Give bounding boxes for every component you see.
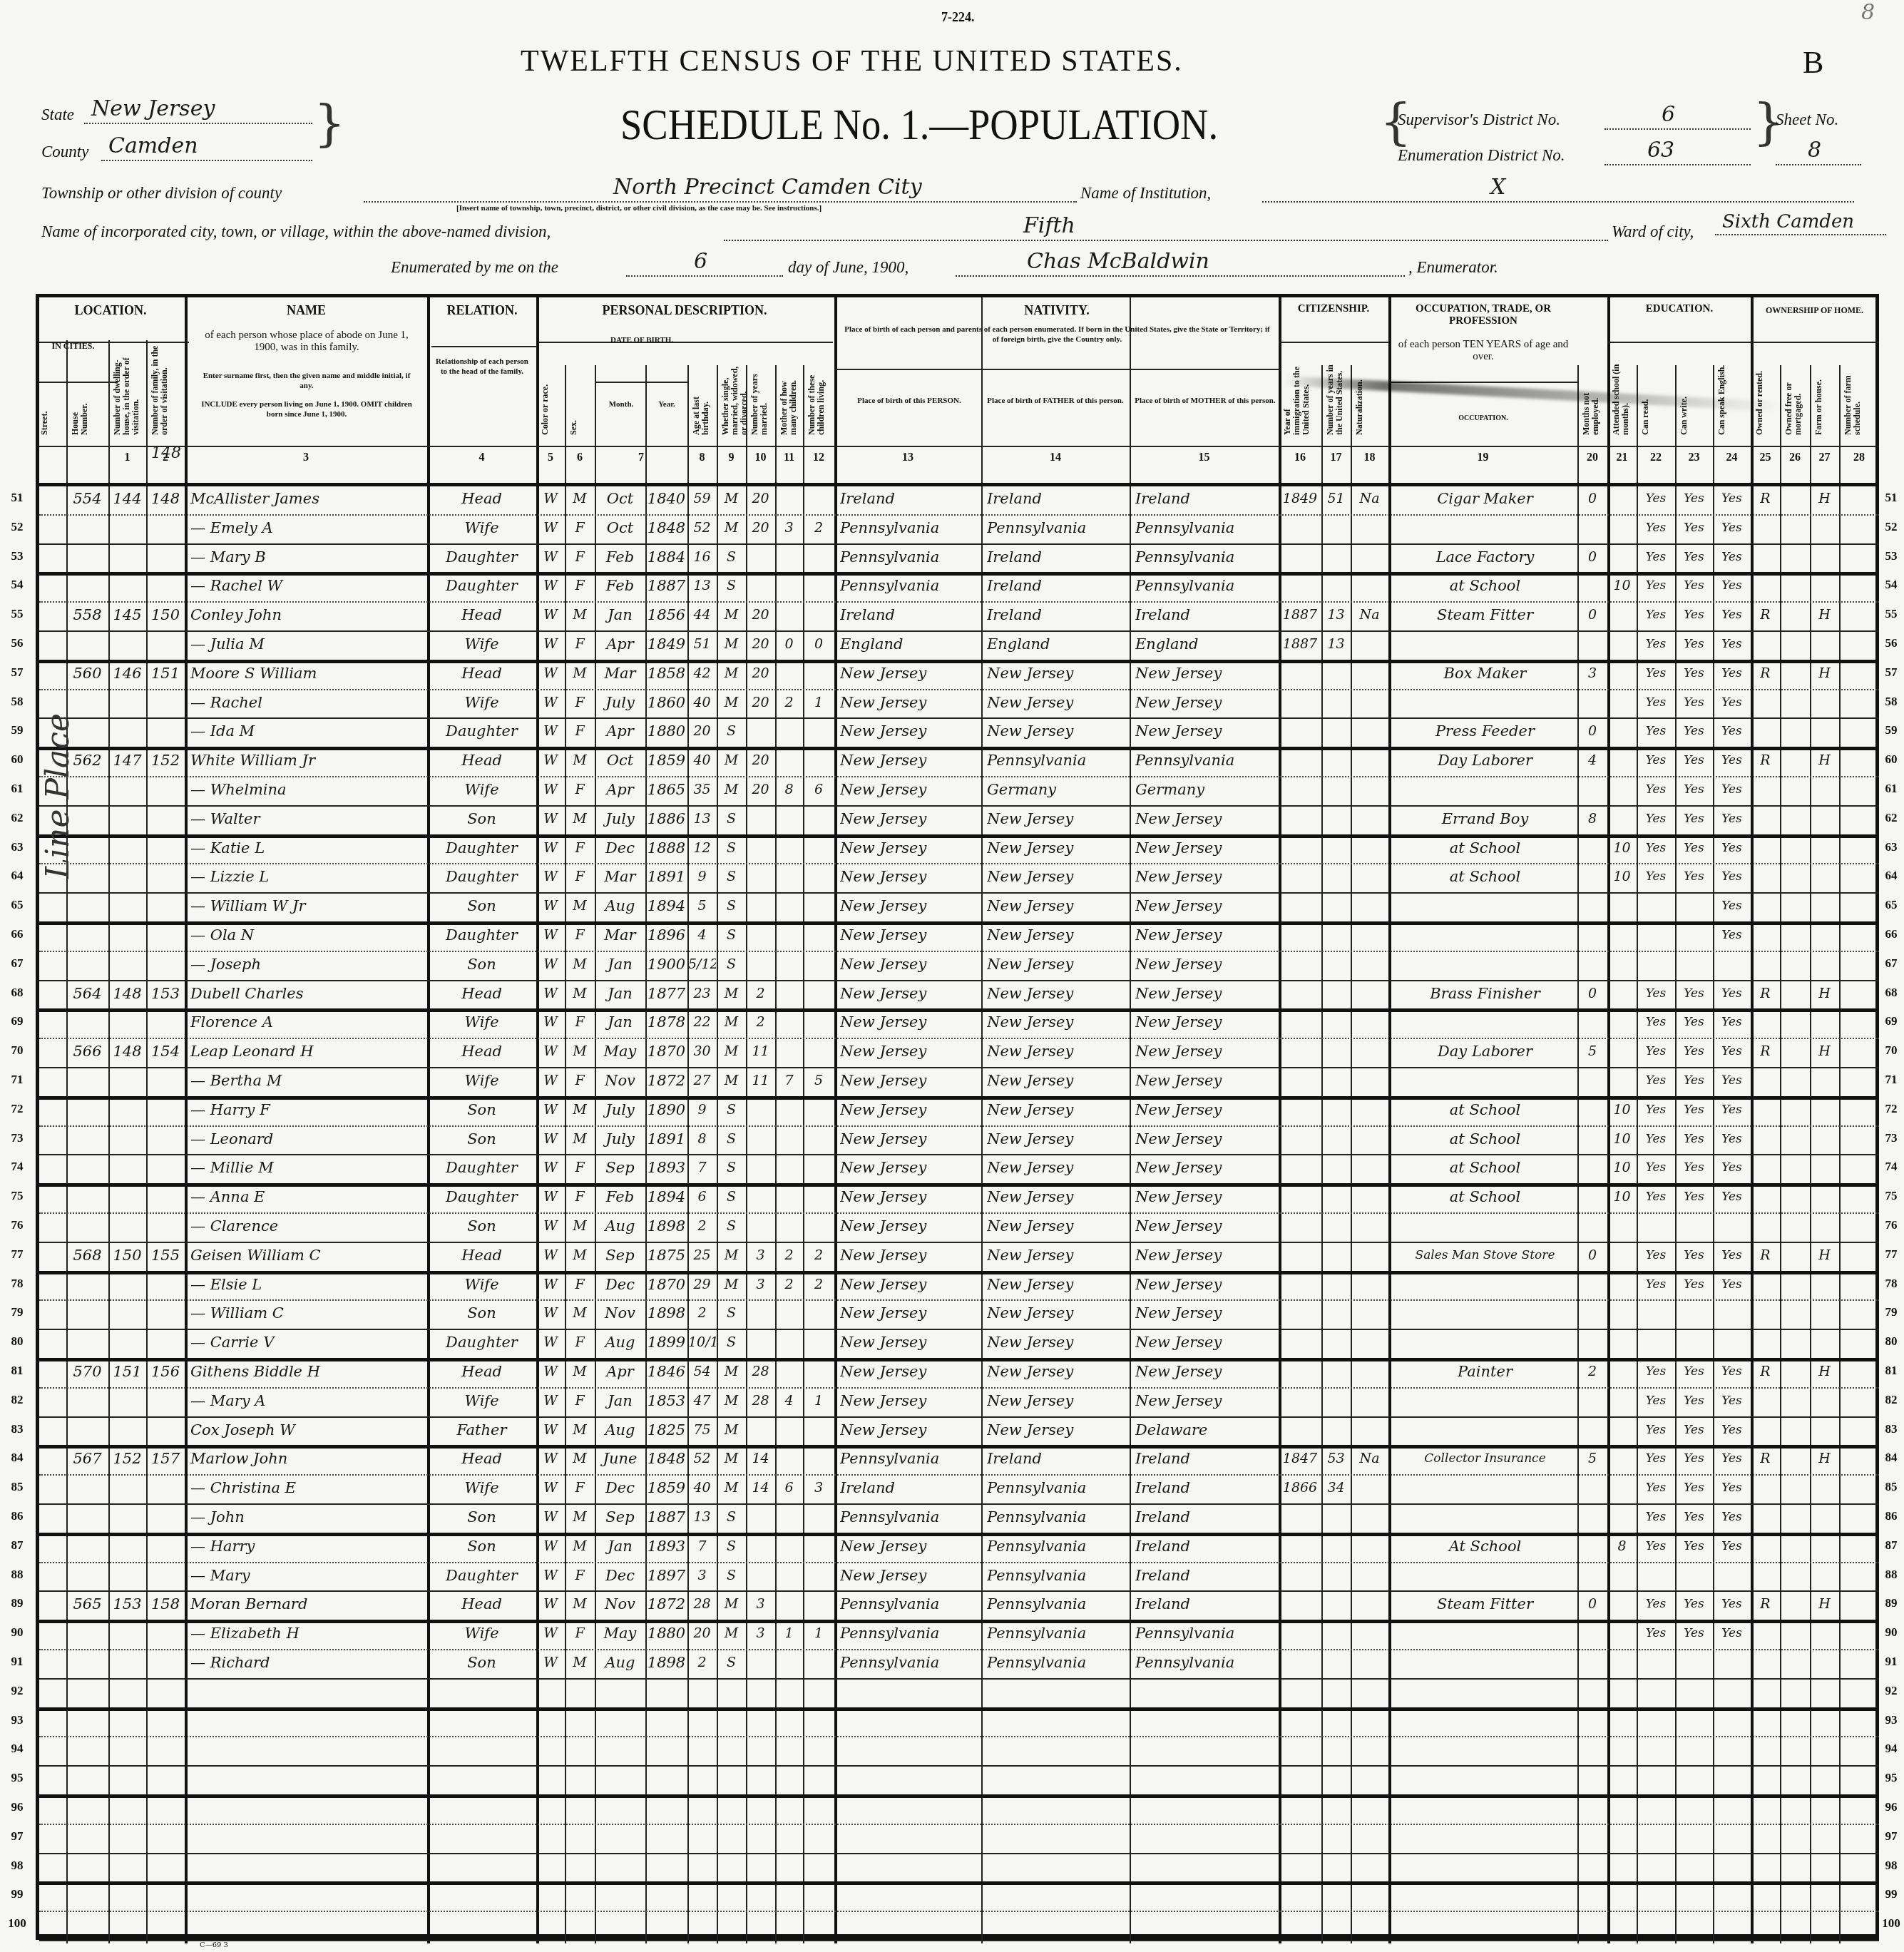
cell-occ[interactable]: At School [1394,1533,1576,1560]
cell-farm[interactable]: H [1811,601,1838,628]
cell-marital[interactable]: M [717,1445,745,1472]
cell-write[interactable]: Yes [1676,1154,1712,1181]
cell-nat[interactable]: Na [1351,601,1388,628]
cell-rel[interactable]: Son [428,1503,536,1531]
cell-bp[interactable]: New Jersey [840,1329,980,1356]
cell-year[interactable]: 1858 [646,660,687,687]
cell-year[interactable]: 1872 [646,1067,687,1094]
cell-dwelling[interactable]: 147 [109,747,145,774]
cell-bp[interactable]: Pennsylvania [840,1503,980,1531]
cell-year[interactable]: 1875 [646,1242,687,1269]
cell-write[interactable]: Yes [1676,1008,1712,1036]
cell-marital[interactable]: M [717,689,745,716]
cell-name[interactable]: McAllister James [190,485,426,512]
cell-ym[interactable]: 20 [747,514,774,541]
cell-bf[interactable]: New Jersey [987,1038,1128,1065]
cell-dwelling[interactable]: 145 [109,601,145,628]
cell-own[interactable]: R [1751,660,1779,687]
cell-marital[interactable]: M [717,660,745,687]
cell-occ[interactable]: Box Maker [1394,660,1576,687]
cell-name[interactable]: — Richard [190,1649,426,1676]
cell-mne[interactable]: 0 [1578,980,1607,1007]
cell-read[interactable]: Yes [1637,1242,1674,1269]
cell-name[interactable]: — Ola N [190,921,426,949]
cell-imm[interactable]: 1849 [1279,485,1321,512]
cell-color[interactable]: W [537,1212,564,1240]
cell-age[interactable]: 13 [688,805,716,832]
cell-read[interactable]: Yes [1637,1038,1674,1065]
cell-sex[interactable]: F [565,543,594,571]
cell-sex[interactable]: F [565,834,594,862]
cell-mne[interactable]: 2 [1578,1358,1607,1385]
cell-ym[interactable]: 20 [747,485,774,512]
cell-year[interactable]: 1893 [646,1154,687,1181]
cell-bf[interactable]: Ireland [987,572,1128,599]
cell-sex[interactable]: M [565,1533,594,1560]
cell-bf[interactable]: Ireland [987,485,1128,512]
cell-sex[interactable]: F [565,689,594,716]
cell-write[interactable]: Yes [1676,1533,1712,1560]
cell-sex[interactable]: M [565,1649,594,1676]
cell-liv[interactable]: 0 [804,630,834,658]
cell-eng[interactable]: Yes [1714,1387,1750,1414]
cell-house[interactable]: 568 [67,1242,108,1269]
cell-own[interactable]: R [1751,1590,1779,1618]
cell-eng[interactable]: Yes [1714,1445,1750,1472]
cell-color[interactable]: W [537,1358,564,1385]
cell-age[interactable]: 52 [688,1445,716,1472]
cell-farm[interactable]: H [1811,1242,1838,1269]
cell-month[interactable]: Oct [595,747,645,774]
cell-name[interactable]: White William Jr [190,747,426,774]
cell-marital[interactable]: S [717,717,745,745]
cell-rel[interactable]: Daughter [428,921,536,949]
enumerated-day-field[interactable]: 6 [626,252,783,277]
cell-rel[interactable]: Son [428,805,536,832]
cell-liv[interactable]: 1 [804,689,834,716]
cell-write[interactable]: Yes [1676,805,1712,832]
cell-bf[interactable]: New Jersey [987,1183,1128,1210]
cell-month[interactable]: Jan [595,1387,645,1414]
cell-sex[interactable]: M [565,1125,594,1153]
cell-bp[interactable]: New Jersey [840,805,980,832]
cell-imm[interactable]: 1887 [1279,601,1321,628]
cell-bf[interactable]: New Jersey [987,863,1128,890]
cell-bp[interactable]: New Jersey [840,892,980,919]
cell-dwelling[interactable]: 152 [109,1445,145,1472]
cell-own[interactable]: R [1751,1445,1779,1472]
cell-write[interactable]: Yes [1676,1271,1712,1298]
cell-color[interactable]: W [537,951,564,978]
cell-bp[interactable]: New Jersey [840,1125,980,1153]
cell-write[interactable]: Yes [1676,1183,1712,1210]
cell-bf[interactable]: Pennsylvania [987,1590,1128,1618]
cell-farm[interactable]: H [1811,1358,1838,1385]
cell-name[interactable]: Florence A [190,1008,426,1036]
cell-marital[interactable]: S [717,921,745,949]
cell-bp[interactable]: Pennsylvania [840,543,980,571]
cell-read[interactable]: Yes [1637,601,1674,628]
cell-month[interactable]: July [595,805,645,832]
cell-color[interactable]: W [537,485,564,512]
cell-bm[interactable]: Ireland [1135,1445,1277,1472]
cell-name[interactable]: — Carrie V [190,1329,426,1356]
cell-farm[interactable]: H [1811,1590,1838,1618]
cell-marital[interactable]: S [717,1183,745,1210]
cell-rel[interactable]: Son [428,1649,536,1676]
cell-eng[interactable]: Yes [1714,805,1750,832]
cell-write[interactable]: Yes [1676,1096,1712,1123]
cell-eng[interactable]: Yes [1714,1620,1750,1647]
cell-year[interactable]: 1898 [646,1212,687,1240]
township-field[interactable]: North Precinct Camden City [364,178,1077,203]
cell-bp[interactable]: New Jersey [840,951,980,978]
cell-nat[interactable]: Na [1351,485,1388,512]
cell-age[interactable]: 12 [688,834,716,862]
cell-sex[interactable]: F [565,1620,594,1647]
cell-age[interactable]: 52 [688,514,716,541]
cell-bp[interactable]: New Jersey [840,834,980,862]
cell-month[interactable]: July [595,1125,645,1153]
cell-eng[interactable]: Yes [1714,601,1750,628]
cell-sex[interactable]: M [565,1416,594,1443]
cell-month[interactable]: July [595,689,645,716]
cell-rel[interactable]: Son [428,892,536,919]
cell-marital[interactable]: M [717,747,745,774]
cell-sex[interactable]: F [565,1474,594,1501]
cell-year[interactable]: 1872 [646,1590,687,1618]
cell-age[interactable]: 44 [688,601,716,628]
cell-write[interactable]: Yes [1676,1474,1712,1501]
cell-read[interactable]: Yes [1637,1154,1674,1181]
cell-color[interactable]: W [537,1242,564,1269]
cell-age[interactable]: 2 [688,1649,716,1676]
cell-mne[interactable]: 4 [1578,747,1607,774]
cell-occ[interactable]: Lace Factory [1394,543,1576,571]
cell-month[interactable]: Apr [595,1358,645,1385]
cell-occ[interactable]: Press Feeder [1394,717,1576,745]
cell-read[interactable]: Yes [1637,1096,1674,1123]
cell-ym[interactable]: 3 [747,1242,774,1269]
cell-age[interactable]: 10/12 [688,1329,716,1356]
cell-age[interactable]: 20 [688,717,716,745]
cell-read[interactable]: Yes [1637,630,1674,658]
cell-sex[interactable]: M [565,1096,594,1123]
cell-month[interactable]: Nov [595,1067,645,1094]
cell-rel[interactable]: Daughter [428,1329,536,1356]
cell-bm[interactable]: Ireland [1135,601,1277,628]
cell-bf[interactable]: Ireland [987,601,1128,628]
cell-name[interactable]: — Leonard [190,1125,426,1153]
cell-marital[interactable]: M [717,1038,745,1065]
cell-name[interactable]: — William W Jr [190,892,426,919]
cell-bm[interactable]: New Jersey [1135,1299,1277,1327]
cell-color[interactable]: W [537,1183,564,1210]
cell-color[interactable]: W [537,1533,564,1560]
cell-marital[interactable]: S [717,1096,745,1123]
cell-year[interactable]: 1870 [646,1038,687,1065]
cell-bf[interactable]: New Jersey [987,1125,1128,1153]
cell-bm[interactable]: Ireland [1135,1533,1277,1560]
cell-eng[interactable]: Yes [1714,776,1750,803]
cell-name[interactable]: — Emely A [190,514,426,541]
cell-bm[interactable]: New Jersey [1135,951,1277,978]
cell-color[interactable]: W [537,834,564,862]
cell-liv[interactable]: 6 [804,776,834,803]
cell-house[interactable]: 565 [67,1590,108,1618]
cell-att[interactable]: 10 [1608,1154,1636,1181]
cell-read[interactable]: Yes [1637,717,1674,745]
cell-bf[interactable]: New Jersey [987,892,1128,919]
cell-rel[interactable]: Head [428,660,536,687]
cell-year[interactable]: 1859 [646,1474,687,1501]
cell-month[interactable]: Sep [595,1242,645,1269]
cell-marital[interactable]: M [717,514,745,541]
cell-read[interactable]: Yes [1637,1503,1674,1531]
cell-bp[interactable]: New Jersey [840,1154,980,1181]
cell-bm[interactable]: New Jersey [1135,921,1277,949]
cell-name[interactable]: Moran Bernard [190,1590,426,1618]
cell-bm[interactable]: Ireland [1135,1590,1277,1618]
cell-family[interactable]: 157 [147,1445,184,1472]
cell-name[interactable]: — Rachel W [190,572,426,599]
cell-marital[interactable]: M [717,980,745,1007]
cell-family[interactable]: 148 [147,485,184,512]
cell-bf[interactable]: England [987,630,1128,658]
cell-bm[interactable]: Ireland [1135,485,1277,512]
cell-month[interactable]: Mar [595,863,645,890]
cell-age[interactable]: 25 [688,1242,716,1269]
cell-marital[interactable]: M [717,776,745,803]
cell-rel[interactable]: Wife [428,1271,536,1298]
cell-bp[interactable]: New Jersey [840,1008,980,1036]
cell-bf[interactable]: Pennsylvania [987,1620,1128,1647]
cell-sex[interactable]: F [565,863,594,890]
cell-month[interactable]: Aug [595,1212,645,1240]
cell-rel[interactable]: Head [428,1242,536,1269]
cell-bf[interactable]: Ireland [987,543,1128,571]
cell-month[interactable]: Jan [595,1533,645,1560]
cell-house[interactable]: 566 [67,1038,108,1065]
cell-occ[interactable]: at School [1394,1154,1576,1181]
cell-marital[interactable]: M [717,630,745,658]
cell-bm[interactable]: New Jersey [1135,1183,1277,1210]
cell-month[interactable]: Nov [595,1299,645,1327]
cell-name[interactable]: Moore S William [190,660,426,687]
cell-month[interactable]: Nov [595,1590,645,1618]
cell-name[interactable]: — Clarence [190,1212,426,1240]
cell-name[interactable]: — Ida M [190,717,426,745]
cell-mne[interactable]: 0 [1578,543,1607,571]
cell-name[interactable]: Cox Joseph W [190,1416,426,1443]
cell-year[interactable]: 1887 [646,572,687,599]
cell-color[interactable]: W [537,1154,564,1181]
cell-rel[interactable]: Daughter [428,1562,536,1589]
cell-mne[interactable]: 0 [1578,1590,1607,1618]
cell-occ[interactable]: at School [1394,834,1576,862]
cell-house[interactable]: 558 [67,601,108,628]
cell-month[interactable]: Aug [595,1329,645,1356]
county-field[interactable]: Camden [101,137,312,161]
cell-bm[interactable]: New Jersey [1135,1008,1277,1036]
cell-eng[interactable]: Yes [1714,1183,1750,1210]
cell-mo[interactable]: 6 [776,1474,802,1501]
cell-house[interactable]: 560 [67,660,108,687]
cell-name[interactable]: — Lizzie L [190,863,426,890]
cell-bf[interactable]: New Jersey [987,1154,1128,1181]
cell-age[interactable]: 75 [688,1416,716,1443]
cell-att[interactable]: 10 [1608,863,1636,890]
cell-year[interactable]: 1898 [646,1299,687,1327]
cell-age[interactable]: 42 [688,660,716,687]
cell-marital[interactable]: M [717,1242,745,1269]
cell-occ[interactable]: at School [1394,1183,1576,1210]
cell-color[interactable]: W [537,1416,564,1443]
cell-rel[interactable]: Son [428,1096,536,1123]
cell-sex[interactable]: M [565,892,594,919]
cell-ym[interactable]: 2 [747,980,774,1007]
cell-ym[interactable]: 28 [747,1358,774,1385]
cell-yrs[interactable]: 13 [1322,630,1350,658]
cell-age[interactable]: 23 [688,980,716,1007]
cell-month[interactable]: Apr [595,776,645,803]
cell-bf[interactable]: New Jersey [987,921,1128,949]
cell-month[interactable]: Dec [595,1474,645,1501]
cell-write[interactable]: Yes [1676,1387,1712,1414]
cell-mo[interactable]: 1 [776,1620,802,1647]
cell-occ[interactable]: Cigar Maker [1394,485,1576,512]
cell-name[interactable]: Leap Leonard H [190,1038,426,1065]
cell-bf[interactable]: New Jersey [987,1067,1128,1094]
cell-year[interactable]: 1853 [646,1387,687,1414]
cell-year[interactable]: 1894 [646,892,687,919]
cell-name[interactable]: Geisen William C [190,1242,426,1269]
cell-name[interactable]: — Bertha M [190,1067,426,1094]
cell-year[interactable]: 1884 [646,543,687,571]
cell-name[interactable]: — Anna E [190,1183,426,1210]
cell-eng[interactable]: Yes [1714,1067,1750,1094]
cell-write[interactable]: Yes [1676,1067,1712,1094]
cell-write[interactable]: Yes [1676,1620,1712,1647]
cell-color[interactable]: W [537,1474,564,1501]
cell-marital[interactable]: S [717,1562,745,1589]
cell-mo[interactable]: 8 [776,776,802,803]
cell-marital[interactable]: S [717,543,745,571]
cell-rel[interactable]: Daughter [428,1154,536,1181]
cell-name[interactable]: — Christina E [190,1474,426,1501]
cell-name[interactable]: — Walter [190,805,426,832]
cell-sex[interactable]: M [565,1299,594,1327]
cell-age[interactable]: 4 [688,921,716,949]
cell-ym[interactable]: 20 [747,660,774,687]
city-field[interactable]: Fifth [724,217,1608,241]
cell-rel[interactable]: Wife [428,1008,536,1036]
supervisor-field[interactable]: 6 [1604,106,1751,130]
cell-rel[interactable]: Daughter [428,572,536,599]
cell-bf[interactable]: New Jersey [987,1299,1128,1327]
cell-name[interactable]: Githens Biddle H [190,1358,426,1385]
cell-family[interactable]: 151 [147,660,184,687]
cell-eng[interactable]: Yes [1714,1590,1750,1618]
cell-eng[interactable]: Yes [1714,980,1750,1007]
cell-eng[interactable]: Yes [1714,543,1750,571]
cell-rel[interactable]: Wife [428,514,536,541]
cell-bp[interactable]: Ireland [840,485,980,512]
cell-year[interactable]: 1848 [646,1445,687,1472]
cell-age[interactable]: 27 [688,1067,716,1094]
cell-color[interactable]: W [537,1562,564,1589]
cell-marital[interactable]: S [717,1503,745,1531]
cell-bf[interactable]: New Jersey [987,689,1128,716]
cell-write[interactable]: Yes [1676,1503,1712,1531]
cell-age[interactable]: 7 [688,1533,716,1560]
cell-bm[interactable]: New Jersey [1135,717,1277,745]
cell-name[interactable]: — Harry F [190,1096,426,1123]
cell-write[interactable]: Yes [1676,689,1712,716]
cell-write[interactable]: Yes [1676,776,1712,803]
cell-read[interactable]: Yes [1637,689,1674,716]
cell-read[interactable]: Yes [1637,1416,1674,1443]
cell-eng[interactable]: Yes [1714,1416,1750,1443]
cell-occ[interactable]: Errand Boy [1394,805,1576,832]
cell-marital[interactable]: M [717,1008,745,1036]
cell-year[interactable]: 1860 [646,689,687,716]
cell-year[interactable]: 1856 [646,601,687,628]
cell-month[interactable]: Sep [595,1503,645,1531]
cell-bp[interactable]: New Jersey [840,1387,980,1414]
cell-bf[interactable]: New Jersey [987,1212,1128,1240]
cell-bm[interactable]: New Jersey [1135,660,1277,687]
cell-write[interactable]: Yes [1676,834,1712,862]
cell-month[interactable]: Jan [595,980,645,1007]
cell-mne[interactable]: 0 [1578,485,1607,512]
cell-read[interactable]: Yes [1637,514,1674,541]
cell-marital[interactable]: M [717,1067,745,1094]
cell-month[interactable]: Dec [595,1562,645,1589]
cell-sex[interactable]: M [565,747,594,774]
cell-year[interactable]: 1890 [646,1096,687,1123]
cell-rel[interactable]: Son [428,1125,536,1153]
cell-own[interactable]: R [1751,1038,1779,1065]
cell-age[interactable]: 54 [688,1358,716,1385]
cell-bf[interactable]: New Jersey [987,1242,1128,1269]
cell-ym[interactable]: 11 [747,1067,774,1094]
cell-bp[interactable]: New Jersey [840,1562,980,1589]
cell-marital[interactable]: S [717,951,745,978]
cell-age[interactable]: 22 [688,1008,716,1036]
cell-bf[interactable]: New Jersey [987,660,1128,687]
cell-dwelling[interactable]: 148 [109,1038,145,1065]
cell-write[interactable]: Yes [1676,717,1712,745]
cell-nat[interactable]: Na [1351,1445,1388,1472]
cell-bm[interactable]: New Jersey [1135,805,1277,832]
cell-write[interactable]: Yes [1676,1416,1712,1443]
cell-eng[interactable]: Yes [1714,717,1750,745]
cell-dwelling[interactable]: 148 [109,980,145,1007]
cell-age[interactable]: 5/12 [688,951,716,978]
cell-eng[interactable]: Yes [1714,485,1750,512]
cell-bf[interactable]: Pennsylvania [987,1562,1128,1589]
sheet-field[interactable]: 8 [1776,141,1861,165]
cell-bp[interactable]: New Jersey [840,689,980,716]
cell-month[interactable]: Jan [595,601,645,628]
cell-liv[interactable]: 2 [804,514,834,541]
cell-bf[interactable]: New Jersey [987,1271,1128,1298]
cell-year[interactable]: 1840 [646,485,687,512]
cell-bp[interactable]: New Jersey [840,1271,980,1298]
cell-month[interactable]: May [595,1620,645,1647]
cell-house[interactable]: 564 [67,980,108,1007]
